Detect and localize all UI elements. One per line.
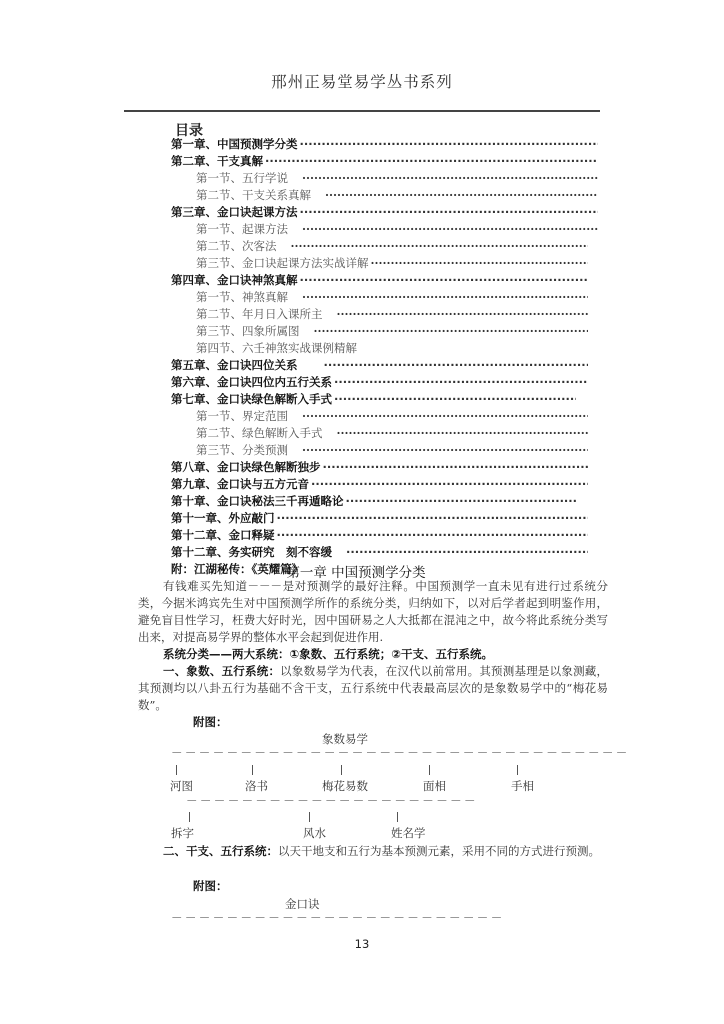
dot-leader xyxy=(300,272,589,289)
system2-text: 以天干地支和五行为基本预测元素，采用不同的方式进行预测。 xyxy=(278,844,600,858)
intro-paragraph: 有钱难买先知道－－－是对预测学的最好注释。中国预测学一直未见有进行过系统分类，今… xyxy=(138,578,608,646)
system-summary: 系统分类——两大系统：①象数、五行系统；②干支、五行系统。 xyxy=(138,646,608,663)
dot-leader xyxy=(302,442,588,459)
toc-entry-chapter[interactable]: 第二章、干支真解 xyxy=(171,153,598,170)
dot-leader xyxy=(314,323,589,340)
dot-leader xyxy=(337,425,589,442)
diagram-connector-line: －－－－－－－－－－－－－－－－－－－－－ xyxy=(186,793,478,809)
toc-entry-chapter[interactable]: 第十二章、金口释疑 xyxy=(171,527,588,544)
toc-entry-section[interactable]: 第二节、年月日入课所主 xyxy=(196,306,588,323)
dot-leader xyxy=(302,170,598,187)
toc-entry-label: 第一节、五行学说 xyxy=(196,170,288,187)
toc-entry-label: 第一节、界定范围 xyxy=(196,408,288,425)
toc-entry-section[interactable]: 第四节、六壬神煞实战课例精解 xyxy=(196,340,357,357)
diagram-connector-line: －－－－－－－－－－－－－－－－－－－－－－－－－－－－－－－－－ xyxy=(171,745,630,761)
toc-entry-label: 第二节、年月日入课所主 xyxy=(196,306,323,323)
dot-leader xyxy=(265,153,598,170)
book-series-title: 邢州正易堂易学丛书系列 xyxy=(0,70,724,92)
toc-entry-chapter[interactable]: 第十章、金口诀秘法三千再遁略论 xyxy=(171,493,576,510)
toc-entry-section[interactable]: 第三节、分类预测 xyxy=(196,442,588,459)
toc-entry-section[interactable]: 第二节、干支关系真解 xyxy=(196,187,598,204)
dot-leader xyxy=(346,544,588,561)
toc-entry-chapter[interactable]: 第一章、中国预测学分类 xyxy=(171,136,598,153)
toc-entry-chapter[interactable]: 第七章、金口诀绿色解断入手式 xyxy=(171,391,576,408)
dot-leader xyxy=(324,357,589,374)
dot-leader xyxy=(300,136,599,153)
diagram-node: 姓名学 xyxy=(391,825,426,841)
toc-entry-label: 第六章、金口诀四位内五行关系 xyxy=(171,374,332,391)
toc-entry-chapter[interactable]: 第九章、金口诀与五方元音 xyxy=(171,476,588,493)
toc-entry-section[interactable]: 第三节、四象所属图 xyxy=(196,323,588,340)
dot-leader xyxy=(311,476,588,493)
toc-entry-section[interactable]: 第三节、金口诀起课方法实战详解 xyxy=(196,255,588,272)
diagram-node: 手相 xyxy=(511,778,534,794)
toc-entry-label: 第二节、干支关系真解 xyxy=(196,187,311,204)
system2-paragraph: 二、干支、五行系统：以天干地支和五行为基本预测元素，采用不同的方式进行预测。 xyxy=(138,843,608,860)
dot-leader xyxy=(300,204,599,221)
diagram-node: 面相 xyxy=(423,778,446,794)
diagram-tick xyxy=(189,812,190,822)
system2-label: 二、干支、五行系统： xyxy=(163,844,278,858)
toc-entry-label: 第十章、金口诀秘法三千再遁略论 xyxy=(171,493,344,510)
dot-leader xyxy=(302,221,598,238)
toc-entry-chapter[interactable]: 第六章、金口诀四位内五行关系 xyxy=(171,374,588,391)
toc-entry-label: 第三节、分类预测 xyxy=(196,442,288,459)
page-number: 13 xyxy=(0,937,724,951)
toc-entry-label: 第一节、起课方法 xyxy=(196,221,288,238)
toc-entry-section[interactable]: 第一节、界定范围 xyxy=(196,408,588,425)
dot-leader xyxy=(277,510,589,527)
toc-entry-label: 第四章、金口诀神煞真解 xyxy=(171,272,298,289)
toc-entry-label: 第二节、次客法 xyxy=(196,238,277,255)
diagram-connector-line: －－－－－－－－－－－－－－－－－－－－－－－－ xyxy=(171,910,505,926)
toc-entry-label: 第四节、六壬神煞实战课例精解 xyxy=(196,340,357,357)
toc-entry-label: 第一节、神煞真解 xyxy=(196,289,288,306)
toc-entry-section[interactable]: 第二节、次客法 xyxy=(196,238,588,255)
diagram-node: 河图 xyxy=(170,778,193,794)
diagram-node: 洛书 xyxy=(245,778,268,794)
toc-entry-label: 第二节、绿色解断入手式 xyxy=(196,425,323,442)
dot-leader xyxy=(277,527,589,544)
dot-leader xyxy=(302,408,588,425)
diagram-tick xyxy=(252,765,253,775)
toc-entry-chapter[interactable]: 第八章、金口诀绿色解断独步 xyxy=(171,459,588,476)
dot-leader xyxy=(302,289,588,306)
toc-entry-label: 第八章、金口诀绿色解断独步 xyxy=(171,459,321,476)
toc-entry-label: 第十一章、外应敲门 xyxy=(171,510,275,527)
dot-leader xyxy=(334,374,588,391)
toc-entry-label: 第一章、中国预测学分类 xyxy=(171,136,298,153)
diagram-tick xyxy=(517,765,518,775)
toc-entry-label: 第二章、干支真解 xyxy=(171,153,263,170)
toc-entry-label: 第三节、金口诀起课方法实战详解 xyxy=(196,255,369,272)
dot-leader xyxy=(334,391,576,408)
dot-leader xyxy=(323,459,589,476)
toc-entry-section[interactable]: 第一节、起课方法 xyxy=(196,221,598,238)
dot-leader xyxy=(346,493,577,510)
toc-entry-label: 第五章、金口诀四位关系 xyxy=(171,357,298,374)
toc-entry-chapter[interactable]: 第十一章、外应敲门 xyxy=(171,510,588,527)
dot-leader xyxy=(337,306,589,323)
diagram-node: 风水 xyxy=(303,825,326,841)
diagram-node: 梅花易数 xyxy=(322,778,368,794)
header-rule xyxy=(124,110,600,112)
toc-entry-section[interactable]: 第二节、绿色解断入手式 xyxy=(196,425,588,442)
figure2-label: 附图： xyxy=(193,878,228,894)
toc-entry-label: 第三章、金口诀起课方法 xyxy=(171,204,298,221)
toc-entry-chapter[interactable]: 第五章、金口诀四位关系 xyxy=(171,357,588,374)
toc-entry-section[interactable]: 第一节、神煞真解 xyxy=(196,289,588,306)
diagram-tick xyxy=(309,812,310,822)
dot-leader xyxy=(325,187,598,204)
dot-leader xyxy=(371,255,589,272)
dot-leader xyxy=(291,238,589,255)
toc-entry-chapter[interactable]: 第十二章、务实研究 刻不容缓 xyxy=(171,544,588,561)
toc-entry-label: 第十二章、金口释疑 xyxy=(171,527,275,544)
system1-paragraph: 一、象数、五行系统：以象数易学为代表，在汉代以前常用。其预测基理是以象测藏，其预… xyxy=(138,663,608,714)
toc-entry-section[interactable]: 第一节、五行学说 xyxy=(196,170,598,187)
toc-entry-chapter[interactable]: 第三章、金口诀起课方法 xyxy=(171,204,598,221)
toc-entry-label: 第九章、金口诀与五方元音 xyxy=(171,476,309,493)
diagram-tick xyxy=(429,765,430,775)
diagram-tick xyxy=(176,765,177,775)
figure1-label: 附图： xyxy=(193,714,228,730)
diagram-tick xyxy=(341,765,342,775)
diagram-node: 拆字 xyxy=(171,825,194,841)
diagram-tick xyxy=(397,812,398,822)
toc-entry-chapter[interactable]: 第四章、金口诀神煞真解 xyxy=(171,272,588,289)
toc-entry-label: 第七章、金口诀绿色解断入手式 xyxy=(171,391,332,408)
toc-entry-label: 第三节、四象所属图 xyxy=(196,323,300,340)
system1-label: 一、象数、五行系统： xyxy=(163,664,280,678)
toc-entry-label: 第十二章、务实研究 刻不容缓 xyxy=(171,544,332,561)
